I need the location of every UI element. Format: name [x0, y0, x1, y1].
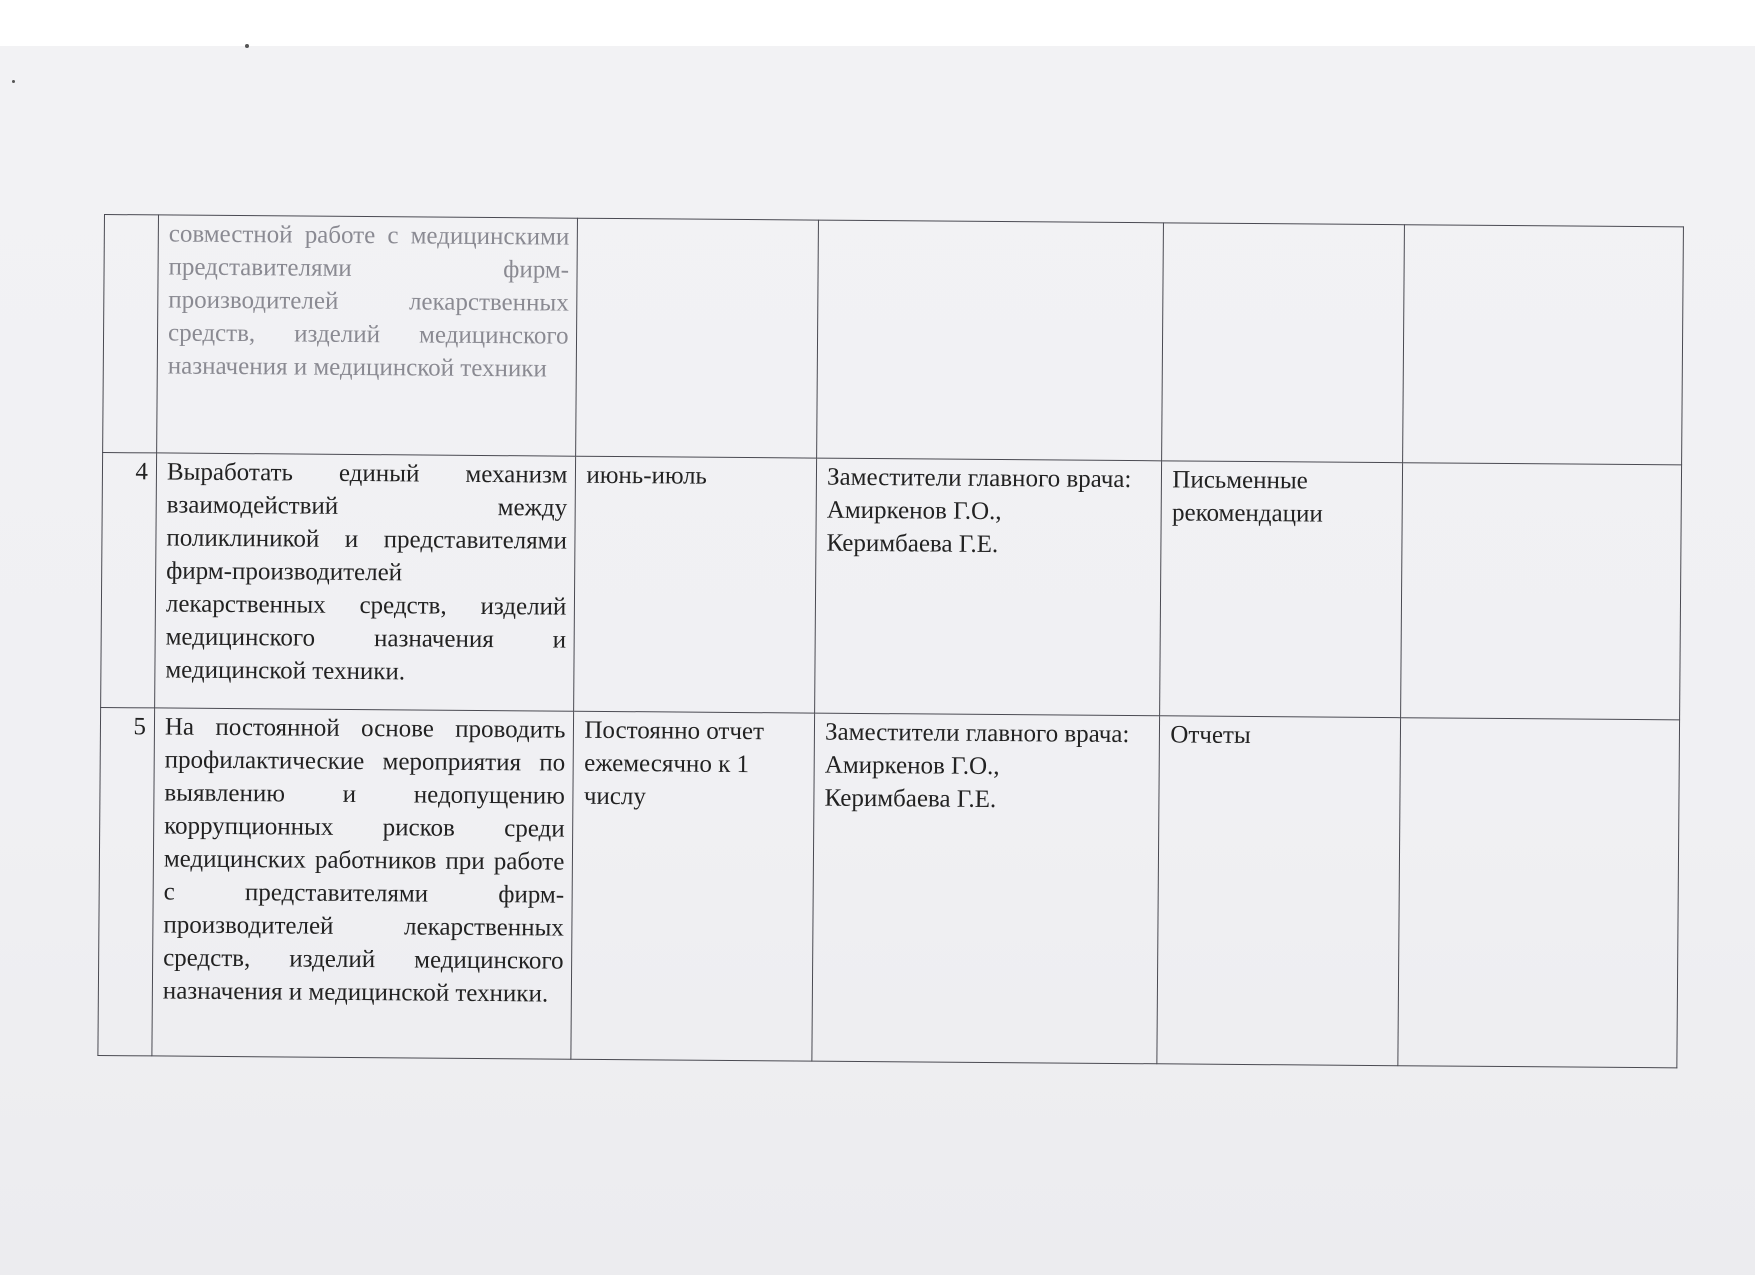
responsible-cell: Заместители главного врача: Амиркенов Г.…: [815, 458, 1162, 716]
action-plan-table: совместной работе с медицинскими предста…: [97, 214, 1684, 1068]
completion-form-cell: Письменные рекомендации: [1160, 461, 1403, 718]
responsible-cell: Заместители главного врача: Амиркенов Г.…: [812, 713, 1160, 1064]
deadline-cell: [576, 218, 819, 458]
responsible-name: Керимбаева Г.Е.: [824, 782, 1151, 818]
notes-cell: [1401, 463, 1682, 720]
completion-form-cell: Отчеты: [1157, 716, 1400, 1066]
task-cell: На постоянной основе проводить профилакт…: [152, 708, 574, 1059]
responsible-name: Амиркенов Г.О.,: [825, 749, 1152, 785]
notes-cell: [1403, 225, 1684, 465]
responsible-title: Заместители главного врача:: [827, 461, 1154, 497]
scan-speck: [12, 80, 15, 83]
completion-form-cell: [1162, 223, 1405, 463]
task-cell: Выработать единый механизм взаимодействи…: [155, 453, 576, 711]
responsible-title: Заместители главного врача:: [825, 716, 1152, 752]
row-number: 4: [101, 452, 157, 707]
table-row: 5 На постоянной основе проводить профила…: [98, 707, 1680, 1067]
row-number: [103, 215, 159, 453]
table-row: совместной работе с медицинскими предста…: [103, 215, 1684, 465]
task-cell: совместной работе с медицинскими предста…: [157, 215, 578, 456]
scan-top-margin: [0, 0, 1755, 46]
table-row: 4 Выработать единый механизм взаимодейст…: [101, 452, 1682, 719]
deadline-cell: июнь-июль: [574, 456, 817, 713]
scan-speck: [245, 44, 249, 48]
responsible-cell: [817, 220, 1164, 461]
responsible-name: Амиркенов Г.О.,: [827, 494, 1154, 530]
responsible-name: Керимбаева Г.Е.: [826, 527, 1153, 563]
deadline-cell: Постоянно отчет ежемесячно к 1 числу: [571, 711, 814, 1061]
notes-cell: [1398, 718, 1680, 1068]
row-number: 5: [98, 707, 155, 1055]
